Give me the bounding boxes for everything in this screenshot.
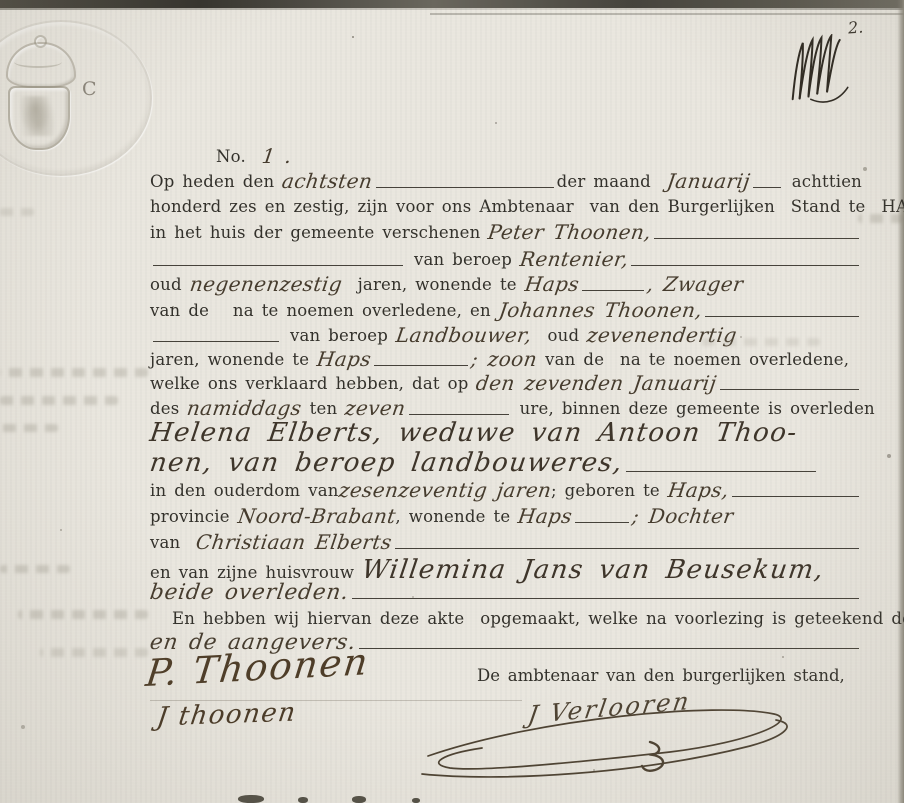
seal-letter: C [82, 78, 97, 100]
blank-line [631, 263, 859, 266]
akte-line-19: En hebben wij hiervan deze akte opgemaak… [150, 609, 884, 630]
bleedthrough-mark [0, 368, 148, 377]
printed-text: van beroep [406, 250, 520, 271]
handwritten-text: Christiaan Elberts [195, 532, 394, 554]
handwritten-text: namiddags [186, 398, 303, 420]
blank-line [732, 494, 859, 497]
akte-line-9: jaren, wonende te Haps; zoon van de na t… [150, 349, 862, 371]
blank-line [654, 236, 859, 239]
printed-text: in het huis der gemeente verschenen [150, 223, 488, 244]
handwritten-text: Rentenier, [518, 249, 630, 271]
clerk-paraph-icon [780, 34, 864, 110]
printed-text: des [150, 399, 187, 420]
handwritten-text: Januarij [665, 171, 751, 193]
akte-line-7: van de na te noemen overledene, en Johan… [150, 300, 862, 322]
akte-line-16: van Christiaan Elberts [150, 532, 862, 554]
blank-line [395, 546, 859, 549]
printed-text: der maand [557, 172, 667, 193]
handwritten-text: 1 . [260, 146, 293, 168]
fold-line [430, 13, 904, 15]
blank-line [409, 412, 509, 415]
seal-crown-icon [6, 42, 76, 88]
printed-text: achttien [784, 172, 862, 193]
akte-line-11: des namiddags ten zeven ure, binnen deze… [150, 398, 862, 420]
blank-line [720, 387, 859, 390]
bleedthrough-mark [0, 396, 118, 405]
handwritten-text: Haps, [666, 480, 730, 502]
seal-coat-of-arms-icon [8, 86, 70, 150]
akte-line-12: Helena Elberts, weduwe van Antoon Thoo- [150, 419, 862, 447]
blank-line [153, 339, 279, 342]
bleedthrough-mark [40, 648, 148, 657]
printed-text: , wonende te [395, 507, 518, 528]
handwritten-text: Haps [523, 274, 580, 296]
handwritten-text: beide overleden. [148, 581, 350, 604]
bleedthrough-mark [0, 208, 34, 216]
akte-line-5: van beroep Rentenier, [150, 249, 862, 271]
akte-line-2: Op heden den achtstender maand Januarij … [150, 171, 862, 193]
signature-flourish-icon [418, 698, 810, 782]
handwritten-text: Landbouwer, [394, 325, 533, 347]
document-page: C 2. No. 1 .Op heden den achtstender maa… [0, 0, 904, 803]
handwritten-text: nen, van beroep landbouweres, [148, 449, 625, 477]
blank-line [626, 469, 816, 472]
handwritten-text: achtsten [281, 171, 374, 193]
handwritten-text: zevenendertig [586, 325, 739, 347]
printed-text: provincie [150, 507, 238, 528]
printed-text: oud [150, 275, 190, 296]
cutoff-text-mark [412, 798, 420, 803]
blank-line [582, 288, 644, 291]
printed-text: ten [302, 399, 346, 420]
scan-right-edge [897, 0, 904, 803]
printed-text: van beroep [282, 326, 396, 347]
blank-line [753, 185, 781, 188]
blank-line [153, 263, 403, 266]
handwritten-text: Willemina Jans van Beusekum, [360, 556, 826, 584]
blank-line [705, 314, 859, 317]
akte-line-18: beide overleden. [150, 581, 862, 604]
printed-text: welke ons verklaard hebben, dat op [150, 374, 476, 395]
akte-line-13: nen, van beroep landbouweres, [150, 449, 862, 477]
handwritten-text: zesenzeventig jaren [337, 480, 552, 502]
handwritten-text: Helena Elberts, weduwe van Antoon Thoo- [148, 419, 800, 447]
printed-text: jaren, wonende te [150, 350, 317, 371]
blank-line [352, 596, 859, 599]
seal-ring [0, 20, 152, 176]
paper-specks [352, 36, 354, 38]
printed-text: oud [532, 326, 588, 347]
handwritten-text: Noord-Brabant [236, 506, 397, 528]
bleedthrough-mark [0, 424, 58, 432]
akte-line-14: in den ouderdom vanzesenzeventig jaren; … [150, 480, 862, 502]
akte-line-15: provincie Noord-Brabant, wonende te Haps… [150, 506, 862, 528]
cutoff-text-mark [298, 797, 308, 803]
handwritten-text: zeven [344, 398, 407, 420]
blank-line [374, 363, 468, 366]
printed-text: van de na te noemen overledene, [537, 350, 849, 371]
handwritten-text: , Zwager [645, 274, 744, 296]
printed-text: jaren, wonende te [342, 275, 525, 296]
cutoff-text-mark [238, 795, 264, 803]
handwritten-text: ; zoon [470, 349, 539, 371]
seal-lion-icon [20, 96, 54, 136]
handwritten-text: Johannes Thoonen, [497, 300, 703, 322]
handwritten-text: Haps [517, 506, 574, 528]
akte-line-1: No. 1 . [150, 146, 904, 168]
handwritten-text: Peter Thoonen, [487, 222, 653, 244]
cutoff-text-mark [352, 796, 366, 803]
printed-text: ure, binnen deze gemeente is overleden [512, 399, 875, 420]
printed-text: van [150, 533, 196, 554]
declarant-signature-2: J thoonen [155, 697, 299, 732]
akte-line-4: in het huis der gemeente verschenen Pete… [150, 222, 862, 244]
embossed-seal: C [0, 20, 155, 180]
akte-line-6: oud negenenzestig jaren, wonende te Haps… [150, 274, 862, 296]
handwritten-text: negenenzestig [188, 274, 343, 296]
blank-line [575, 520, 629, 523]
blank-line [359, 646, 859, 649]
printed-text: honderd zes en zestig, zijn voor ons Amb… [150, 197, 904, 218]
akte-line-10: welke ons verklaard hebben, dat op den z… [150, 373, 862, 395]
printed-text: Op heden den [150, 172, 282, 193]
handwritten-text: ; Dochter [631, 506, 735, 528]
printed-text: ; geboren te [551, 481, 668, 502]
handwritten-text: den zevenden Januarij [475, 373, 718, 395]
akte-line-8: van beroep Landbouwer, oud zevenendertig [150, 325, 862, 347]
printed-text: in den ouderdom van [150, 481, 339, 502]
akte-line-3: honderd zes en zestig, zijn voor ons Amb… [150, 197, 862, 218]
blank-line [376, 185, 554, 188]
handwritten-text: Haps [316, 349, 373, 371]
scan-top-edge [0, 0, 904, 8]
printed-text: En hebben wij hiervan deze akte opgemaak… [172, 609, 904, 630]
official-title: De ambtenaar van den burgerlijken stand, [477, 666, 845, 685]
printed-text: van de na te noemen overledene, en [150, 301, 499, 322]
bleedthrough-mark [0, 565, 70, 573]
printed-text: No. [216, 147, 262, 168]
bleedthrough-mark [18, 610, 148, 619]
